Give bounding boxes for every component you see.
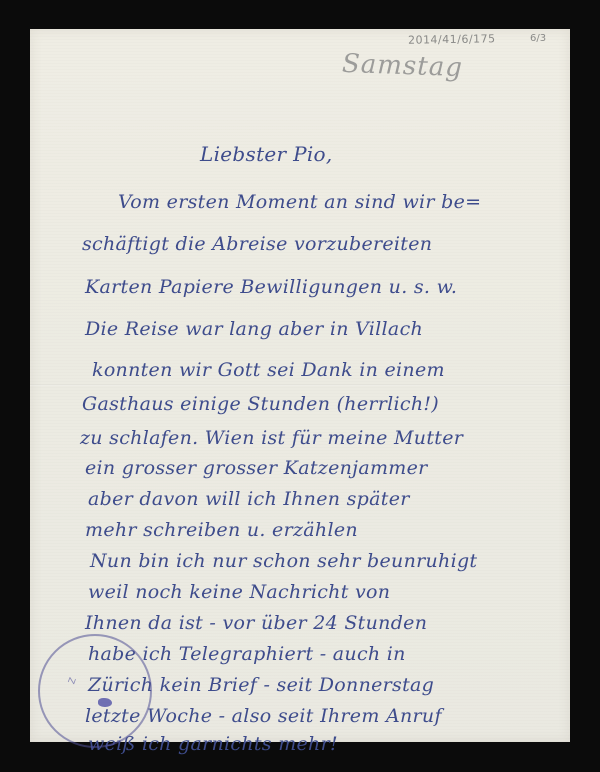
stamp-ink-blot	[98, 698, 112, 707]
letter-line: Karten Papiere Bewilligungen u. s. w.	[85, 276, 457, 298]
letter-line: ein grosser grosser Katzenjammer	[85, 457, 428, 479]
letter-paper: 2014/41/6/175 6/3 Samstag Liebster Pio, …	[30, 29, 570, 742]
letter-line: konnten wir Gott sei Dank in einem	[92, 359, 445, 381]
postal-stamp-mark: Z	[38, 634, 152, 748]
letter-line: Ihnen da ist - vor über 24 Stunden	[85, 612, 427, 634]
letter-line: weil noch keine Nachricht von	[88, 581, 390, 603]
archive-reference: 2014/41/6/175	[408, 32, 496, 47]
letter-salutation: Liebster Pio,	[200, 142, 333, 166]
page-reference: 6/3	[530, 33, 546, 44]
paper-fold-line	[30, 384, 570, 386]
letter-line: Nun bin ich nur schon sehr beunruhigt	[90, 550, 477, 572]
letter-line: schäftigt die Abreise vorzubereiten	[82, 233, 432, 255]
letter-line: aber davon will ich Ihnen später	[88, 488, 410, 510]
letter-line: Gasthaus einige Stunden (herrlich!)	[82, 393, 439, 415]
day-note: Samstag	[342, 49, 464, 83]
stamp-text: Z	[67, 676, 79, 685]
letter-line: Vom ersten Moment an sind wir be=	[118, 191, 481, 213]
letter-line: zu schlafen. Wien ist für meine Mutter	[80, 427, 463, 449]
letter-line: mehr schreiben u. erzählen	[85, 519, 358, 541]
letter-line: Die Reise war lang aber in Villach	[85, 318, 423, 340]
